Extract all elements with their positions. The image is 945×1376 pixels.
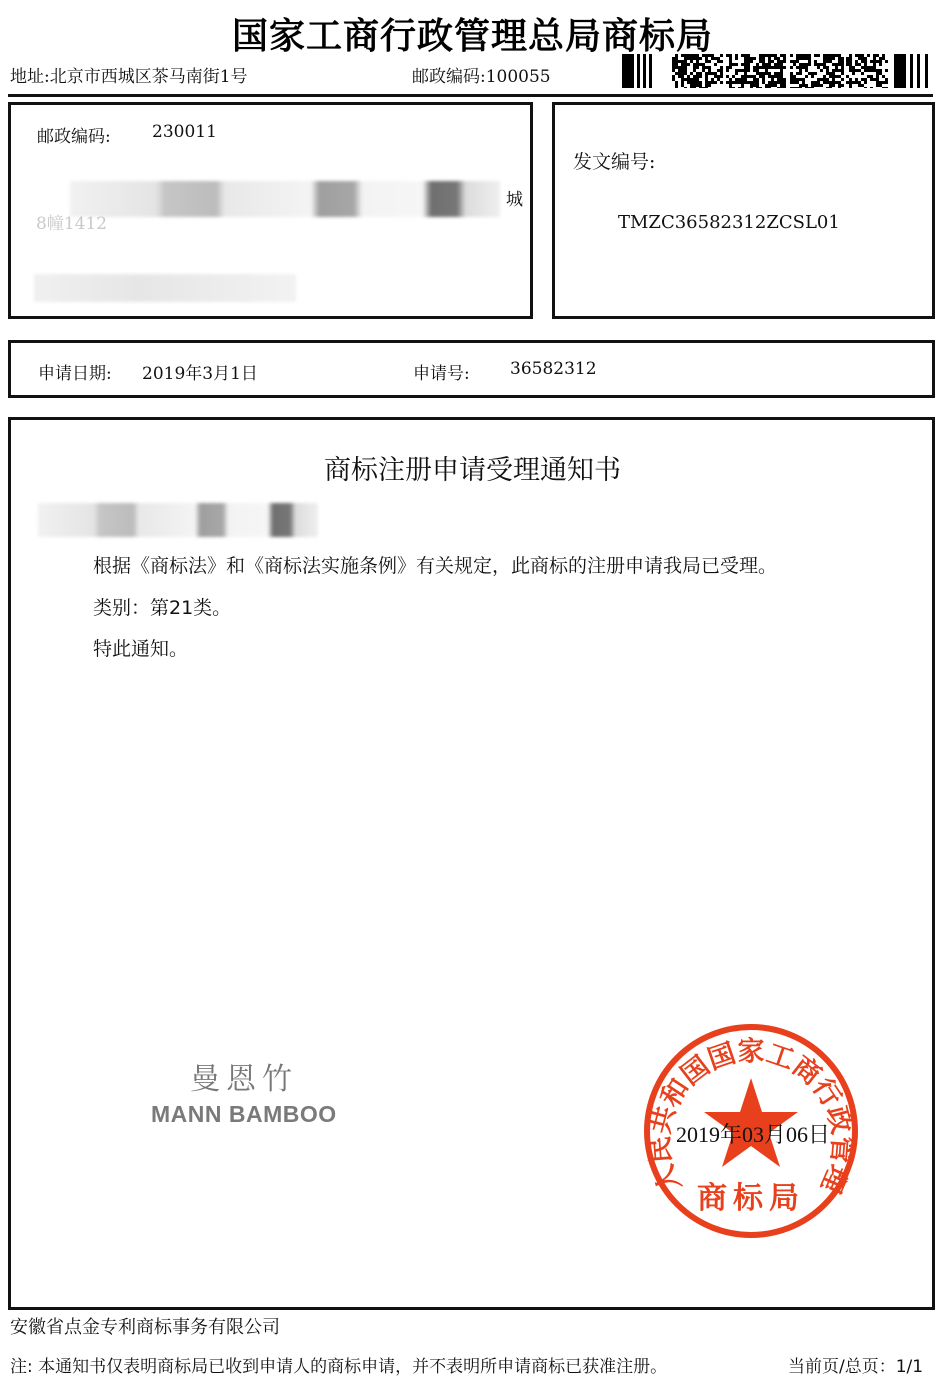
agency-name: 安徽省点金专利商标事务有限公司	[10, 1313, 280, 1339]
page-label: 当前页/总页：	[788, 1357, 896, 1376]
seal-center-text: 商标局	[697, 1181, 805, 1216]
issue-date: 2019年03月06日	[676, 1118, 830, 1149]
recipient-company-redacted	[34, 274, 296, 302]
notice-paragraph: 根据《商标法》和《商标法实施条例》有关规定，此商标的注册申请我局已受理。	[93, 551, 777, 578]
page-indicator: 当前页/总页：1/1	[788, 1352, 923, 1376]
page-value: 1/1	[896, 1357, 923, 1376]
pdf417-barcode-icon	[622, 54, 930, 88]
application-date-label: 申请日期:	[38, 359, 112, 384]
issuer-title: 国家工商行政管理总局商标局	[0, 8, 945, 59]
footer-note: 注: 本通知书仅表明商标局已收到申请人的商标申请，并不表明所申请商标已获准注册。	[10, 1352, 667, 1376]
issuer-address: 地址:北京市西城区茶马南街1号	[10, 62, 248, 87]
application-date-value: 2019年3月1日	[142, 359, 258, 384]
header-divider	[8, 94, 933, 97]
notice-title: 商标注册申请受理通知书	[0, 448, 945, 487]
addressee-redacted	[38, 503, 318, 537]
notice-class: 类别：第21类。	[93, 593, 231, 620]
trademark-english: MANN BAMBOO	[151, 1101, 337, 1128]
recipient-postcode-value: 230011	[152, 122, 217, 142]
document-number-value: TMZC36582312ZCSL01	[618, 212, 840, 233]
recipient-address-redacted	[70, 181, 500, 217]
recipient-postcode-label: 邮政编码:	[37, 122, 111, 147]
notice-closing: 特此通知。	[93, 634, 188, 661]
recipient-address-tail: 城	[506, 185, 523, 210]
trademark-chinese: 曼恩竹	[190, 1054, 298, 1098]
document-number-box	[552, 102, 935, 319]
application-number-value: 36582312	[510, 359, 597, 379]
recipient-address-line2: 8幢1412	[36, 209, 107, 234]
issuer-postcode: 邮政编码:100055	[412, 62, 551, 87]
document-number-label: 发文编号:	[573, 147, 655, 174]
application-number-label: 申请号:	[413, 359, 470, 384]
